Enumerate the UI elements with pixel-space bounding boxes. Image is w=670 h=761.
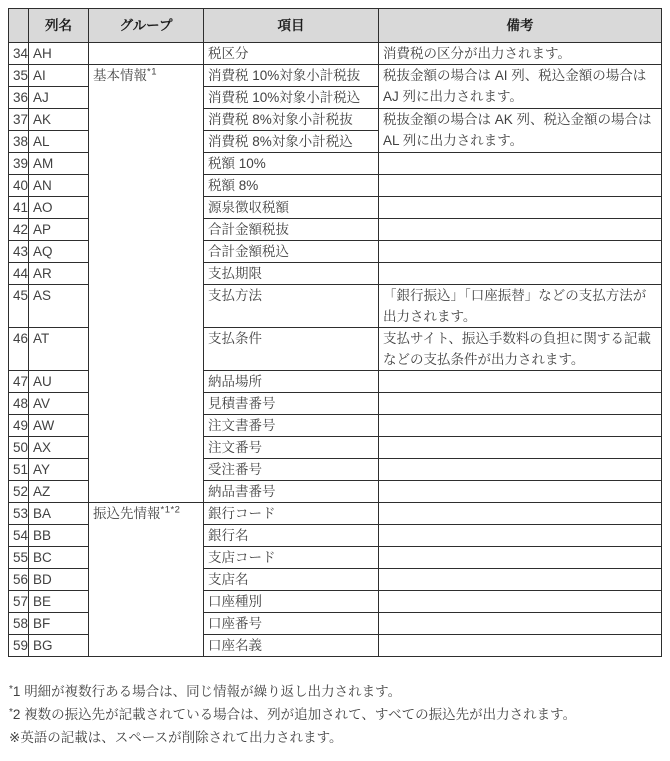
remarks-cell: 税抜金額の場合は AK 列、税込金額の場合は AL 列に出力されます。: [379, 109, 662, 153]
group-footnote-ref: *1: [147, 67, 157, 78]
item-cell: 注文番号: [204, 437, 379, 459]
remarks-cell: [379, 613, 662, 635]
remarks-cell: [379, 197, 662, 219]
item-cell: 支店コード: [204, 547, 379, 569]
item-cell: 合計金額税抜: [204, 219, 379, 241]
column-letter-cell: BG: [29, 635, 89, 657]
column-letter-cell: BF: [29, 613, 89, 635]
column-letter-cell: AV: [29, 393, 89, 415]
item-cell: 支払方法: [204, 285, 379, 328]
item-cell: 消費税 8%対象小計税込: [204, 131, 379, 153]
footnote-line: *2 複数の振込先が記載されている場合は、列が追加されて、すべての振込先が出力さ…: [9, 703, 664, 726]
remarks-cell: [379, 153, 662, 175]
column-letter-cell: AJ: [29, 87, 89, 109]
column-letter-cell: AM: [29, 153, 89, 175]
column-letter-cell: AQ: [29, 241, 89, 263]
item-cell: 注文書番号: [204, 415, 379, 437]
column-letter-cell: AW: [29, 415, 89, 437]
footnote-marker: 1: [13, 684, 21, 699]
column-letter-cell: BB: [29, 525, 89, 547]
column-letter-cell: AX: [29, 437, 89, 459]
row-number-cell: 34: [9, 43, 29, 65]
row-number-cell: 44: [9, 263, 29, 285]
item-cell: 口座名義: [204, 635, 379, 657]
remarks-cell: [379, 459, 662, 481]
header-cell-remarks: 備考: [379, 9, 662, 43]
row-number-cell: 54: [9, 525, 29, 547]
item-cell: 消費税 8%対象小計税抜: [204, 109, 379, 131]
row-number-cell: 58: [9, 613, 29, 635]
row-number-cell: 57: [9, 591, 29, 613]
row-number-cell: 39: [9, 153, 29, 175]
column-letter-cell: AS: [29, 285, 89, 328]
column-spec-table: 列名 グループ 項目 備考 34AH税区分消費税の区分が出力されます。35AI基…: [8, 8, 662, 657]
remarks-cell: [379, 525, 662, 547]
column-letter-cell: BD: [29, 569, 89, 591]
column-letter-cell: AO: [29, 197, 89, 219]
column-letter-cell: BA: [29, 503, 89, 525]
row-number-cell: 35: [9, 65, 29, 87]
footnote-line: *1 明細が複数行ある場合は、同じ情報が繰り返し出力されます。: [9, 680, 664, 703]
item-cell: 銀行コード: [204, 503, 379, 525]
row-number-cell: 42: [9, 219, 29, 241]
group-cell: 振込先情報*1*2: [89, 503, 204, 657]
table-body: 34AH税区分消費税の区分が出力されます。35AI基本情報*1消費税 10%対象…: [9, 43, 662, 657]
column-letter-cell: BE: [29, 591, 89, 613]
remarks-cell: [379, 437, 662, 459]
column-letter-cell: AN: [29, 175, 89, 197]
remarks-cell: [379, 415, 662, 437]
item-cell: 口座種別: [204, 591, 379, 613]
group-label: 基本情報: [93, 68, 147, 83]
footnote-line: ※英語の記載は、スペースが削除されて出力されます。: [9, 726, 664, 749]
remarks-cell: [379, 393, 662, 415]
remarks-cell: 税抜金額の場合は AI 列、税込金額の場合は AJ 列に出力されます。: [379, 65, 662, 109]
item-cell: 税額 10%: [204, 153, 379, 175]
row-number-cell: 52: [9, 481, 29, 503]
group-cell: [89, 43, 204, 65]
row-number-cell: 36: [9, 87, 29, 109]
item-cell: 税区分: [204, 43, 379, 65]
footnote-text: 複数の振込先が記載されている場合は、列が追加されて、すべての振込先が出力されます…: [24, 707, 576, 722]
table-row: 34AH税区分消費税の区分が出力されます。: [9, 43, 662, 65]
remarks-cell: [379, 241, 662, 263]
table-header: 列名 グループ 項目 備考: [9, 9, 662, 43]
item-cell: 納品書番号: [204, 481, 379, 503]
column-letter-cell: AR: [29, 263, 89, 285]
column-letter-cell: AL: [29, 131, 89, 153]
remarks-cell: [379, 263, 662, 285]
column-letter-cell: AI: [29, 65, 89, 87]
column-letter-cell: AY: [29, 459, 89, 481]
item-cell: 見積書番号: [204, 393, 379, 415]
row-number-cell: 43: [9, 241, 29, 263]
row-number-cell: 49: [9, 415, 29, 437]
row-number-cell: 56: [9, 569, 29, 591]
header-row: 列名 グループ 項目 備考: [9, 9, 662, 43]
item-cell: 支店名: [204, 569, 379, 591]
remarks-cell: [379, 547, 662, 569]
item-cell: 口座番号: [204, 613, 379, 635]
remarks-cell: [379, 481, 662, 503]
item-cell: 合計金額税込: [204, 241, 379, 263]
item-cell: 税額 8%: [204, 175, 379, 197]
remarks-cell: [379, 591, 662, 613]
item-cell: 銀行名: [204, 525, 379, 547]
row-number-cell: 41: [9, 197, 29, 219]
column-letter-cell: AT: [29, 328, 89, 371]
footnote-asterisk: *: [9, 707, 13, 718]
group-footnote-ref: *1*2: [161, 505, 181, 516]
column-letter-cell: AP: [29, 219, 89, 241]
item-cell: 源泉徴収税額: [204, 197, 379, 219]
item-cell: 受注番号: [204, 459, 379, 481]
footnote-marker: ※: [9, 730, 20, 745]
header-cell-column-name: 列名: [29, 9, 89, 43]
column-letter-cell: AH: [29, 43, 89, 65]
remarks-cell: [379, 371, 662, 393]
document-page: 列名 グループ 項目 備考 34AH税区分消費税の区分が出力されます。35AI基…: [0, 0, 670, 761]
item-cell: 消費税 10%対象小計税込: [204, 87, 379, 109]
remarks-cell: [379, 503, 662, 525]
row-number-cell: 38: [9, 131, 29, 153]
column-letter-cell: AZ: [29, 481, 89, 503]
row-number-cell: 50: [9, 437, 29, 459]
footnote-asterisk: *: [9, 684, 13, 695]
row-number-cell: 40: [9, 175, 29, 197]
row-number-cell: 59: [9, 635, 29, 657]
item-cell: 支払期限: [204, 263, 379, 285]
row-number-cell: 48: [9, 393, 29, 415]
row-number-cell: 37: [9, 109, 29, 131]
remarks-cell: [379, 219, 662, 241]
column-letter-cell: AK: [29, 109, 89, 131]
item-cell: 納品場所: [204, 371, 379, 393]
footnote-marker: 2: [13, 707, 21, 722]
row-number-cell: 46: [9, 328, 29, 371]
row-number-cell: 47: [9, 371, 29, 393]
header-cell-group: グループ: [89, 9, 204, 43]
header-cell-item: 項目: [204, 9, 379, 43]
remarks-cell: 支払サイト、振込手数料の負担に関する記載などの支払条件が出力されます。: [379, 328, 662, 371]
row-number-cell: 45: [9, 285, 29, 328]
remarks-cell: [379, 175, 662, 197]
row-number-cell: 55: [9, 547, 29, 569]
row-number-cell: 51: [9, 459, 29, 481]
item-cell: 支払条件: [204, 328, 379, 371]
footnote-text: 英語の記載は、スペースが削除されて出力されます。: [20, 730, 342, 745]
remarks-cell: 「銀行振込」「口座振替」などの支払方法が出力されます。: [379, 285, 662, 328]
remarks-cell: 消費税の区分が出力されます。: [379, 43, 662, 65]
table-row: 53BA振込先情報*1*2銀行コード: [9, 503, 662, 525]
row-number-cell: 53: [9, 503, 29, 525]
column-letter-cell: BC: [29, 547, 89, 569]
group-cell: 基本情報*1: [89, 65, 204, 503]
item-cell: 消費税 10%対象小計税抜: [204, 65, 379, 87]
group-label: 振込先情報: [93, 506, 161, 521]
remarks-cell: [379, 569, 662, 591]
remarks-cell: [379, 635, 662, 657]
table-row: 35AI基本情報*1消費税 10%対象小計税抜税抜金額の場合は AI 列、税込金…: [9, 65, 662, 87]
footnotes: *1 明細が複数行ある場合は、同じ情報が繰り返し出力されます。*2 複数の振込先…: [9, 680, 664, 749]
column-letter-cell: AU: [29, 371, 89, 393]
header-cell-index: [9, 9, 29, 43]
footnote-text: 明細が複数行ある場合は、同じ情報が繰り返し出力されます。: [24, 684, 401, 699]
